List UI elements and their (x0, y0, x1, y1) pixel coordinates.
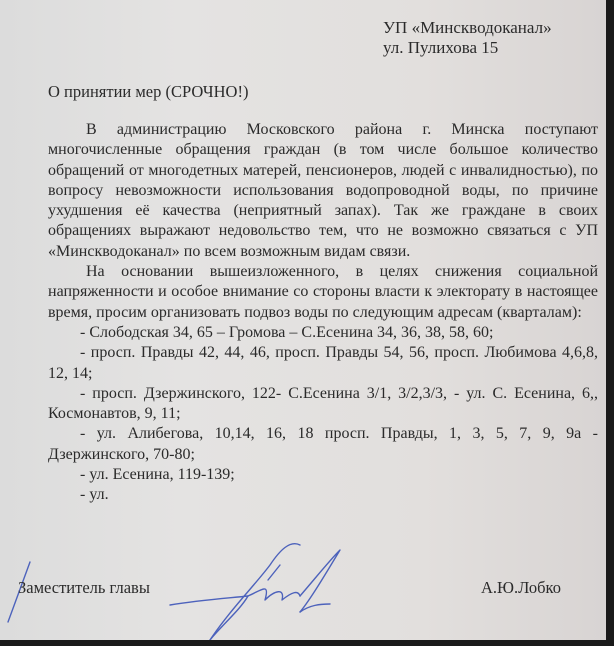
signer-name: А.Ю.Лобко (481, 578, 561, 598)
document-page: УП «Минскводоканал» ул. Пулихова 15 О пр… (0, 0, 606, 640)
handwritten-signature-icon (0, 0, 606, 640)
signer-position: Заместитель главы (18, 578, 150, 598)
